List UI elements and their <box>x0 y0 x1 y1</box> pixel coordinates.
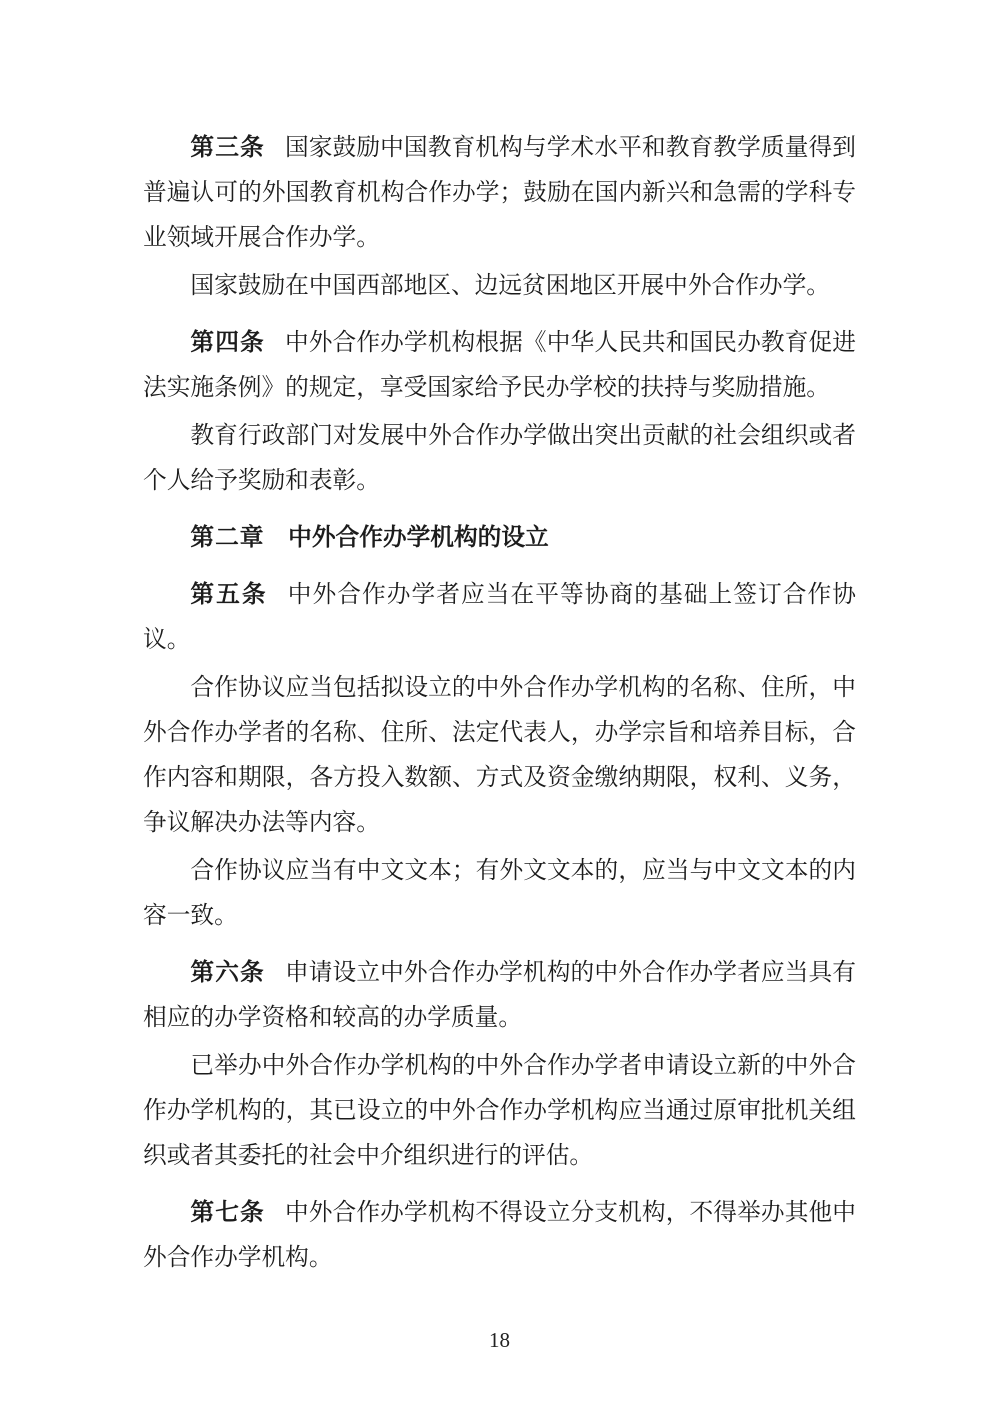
article-4-number: 第四条 <box>190 330 264 356</box>
article-3-paragraph-2: 国家鼓励在中国西部地区、边远贫困地区开展中外合作办学。 <box>143 264 856 309</box>
article-4-paragraph-2: 教育行政部门对发展中外合作办学做出突出贡献的社会组织或者个人给予奖励和表彰。 <box>143 414 856 504</box>
article-5-paragraph-2-text: 合作协议应当包括拟设立的中外合作办学机构的名称、住所，中外合作办学者的名称、住所… <box>143 675 856 836</box>
article-7-paragraph: 第七条中外合作办学机构不得设立分支机构，不得举办其他中外合作办学机构。 <box>143 1191 856 1281</box>
article-6-paragraph: 第六条申请设立中外合作办学机构的中外合作办学者应当具有相应的办学资格和较高的办学… <box>143 951 856 1041</box>
chapter-2-number: 第二章 <box>190 525 264 551</box>
article-5-paragraph-2: 合作协议应当包括拟设立的中外合作办学机构的名称、住所，中外合作办学者的名称、住所… <box>143 666 856 846</box>
article-5-number: 第五条 <box>190 582 267 608</box>
article-4-paragraph: 第四条中外合作办学机构根据《中华人民共和国民办教育促进法实施条例》的规定，享受国… <box>143 321 856 411</box>
article-5-paragraph-3-text: 合作协议应当有中文文本；有外文文本的，应当与中文文本的内容一致。 <box>143 858 856 929</box>
article-6-number: 第六条 <box>190 960 264 986</box>
article-5-paragraph: 第五条中外合作办学者应当在平等协商的基础上签订合作协议。 <box>143 573 856 663</box>
article-3-number: 第三条 <box>190 135 264 161</box>
document-body: 第三条国家鼓励中国教育机构与学术水平和教育教学质量得到普遍认可的外国教育机构合作… <box>143 114 856 1281</box>
page-number: 18 <box>0 1326 999 1354</box>
document-page: 第三条国家鼓励中国教育机构与学术水平和教育教学质量得到普遍认可的外国教育机构合作… <box>0 0 999 1414</box>
article-6-paragraph-2: 已举办中外合作办学机构的中外合作办学者申请设立新的中外合作办学机构的，其已设立的… <box>143 1044 856 1179</box>
article-4-paragraph-2-text: 教育行政部门对发展中外合作办学做出突出贡献的社会组织或者个人给予奖励和表彰。 <box>143 423 856 494</box>
article-5-paragraph-3: 合作协议应当有中文文本；有外文文本的，应当与中文文本的内容一致。 <box>143 849 856 939</box>
article-7-number: 第七条 <box>190 1200 264 1226</box>
chapter-2-title: 中外合作办学机构的设立 <box>288 525 549 551</box>
chapter-2-heading: 第二章中外合作办学机构的设立 <box>143 516 856 561</box>
article-6-paragraph-2-text: 已举办中外合作办学机构的中外合作办学者申请设立新的中外合作办学机构的，其已设立的… <box>143 1053 856 1169</box>
article-3-paragraph-2-text: 国家鼓励在中国西部地区、边远贫困地区开展中外合作办学。 <box>190 273 830 299</box>
article-3-paragraph: 第三条国家鼓励中国教育机构与学术水平和教育教学质量得到普遍认可的外国教育机构合作… <box>143 126 856 261</box>
